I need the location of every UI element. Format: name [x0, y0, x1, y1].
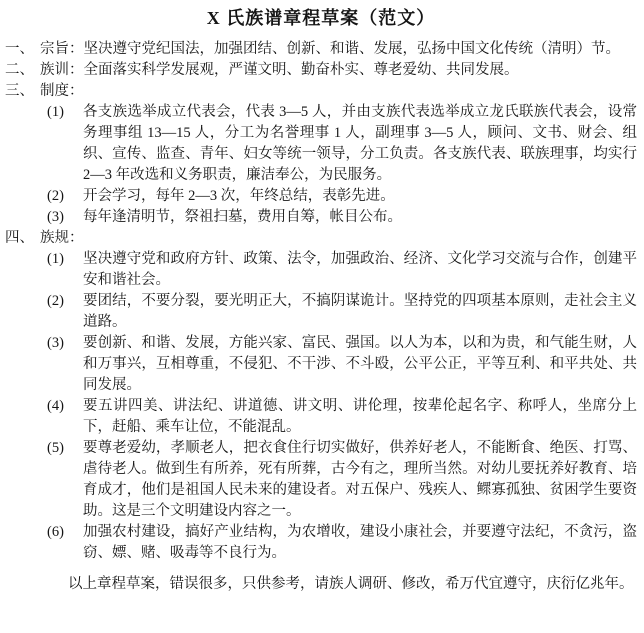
sub-item-text: 开会学习，每年 2—3 次，年终总结，表彰先进。: [83, 186, 637, 207]
system-item-3: (3) 每年逢清明节，祭祖扫墓，费用自筹，帐目公布。: [5, 207, 637, 228]
section-system-header: 三、 制度：: [5, 81, 637, 102]
sub-item-number: (3): [47, 333, 83, 354]
section-purpose: 一、 宗旨：坚决遵守党纪国法，加强团结、创新、和谐、发展，弘扬中国文化传统（清明…: [5, 39, 637, 60]
sub-item-number: (3): [47, 207, 83, 228]
sub-item-text: 加强农村建设，搞好产业结构，为农增收，建设小康社会，并要遵守法纪，不贪污，盗窃、…: [83, 522, 637, 564]
rules-item-1: (1) 坚决遵守党和政府方针、政策、法令，加强政治、经济、文化学习交流与合作，创…: [5, 249, 637, 291]
sub-item-text: 各支族选举成立代表会，代表 3—5 人，并由支族代表选举成立龙氏联族代表会，设常…: [83, 102, 637, 186]
sub-item-number: (6): [47, 522, 83, 543]
rules-item-6: (6) 加强农村建设，搞好产业结构，为农增收，建设小康社会，并要遵守法纪，不贪污…: [5, 522, 637, 564]
rules-item-4: (4) 要五讲四美、讲法纪、讲道德、讲文明、讲伦理，按辈伦起名字、称呼人，坐席分…: [5, 396, 637, 438]
rules-item-5: (5) 要尊老爱幼，孝顺老人，把衣食住行切实做好，供养好老人，不能断食、绝医、打…: [5, 438, 637, 522]
sub-item-text: 要五讲四美、讲法纪、讲道德、讲文明、讲伦理，按辈伦起名字、称呼人，坐席分上下，赶…: [83, 396, 637, 438]
section-number: 一、: [5, 39, 40, 60]
sub-item-text: 要创新、和谐、发展，方能兴家、富民、强国。以人为本，以和为贵，和气能生财，人和万…: [83, 333, 637, 396]
genealogy-charter-document: X 氏族谱章程草案（范文） 一、 宗旨：坚决遵守党纪国法，加强团结、创新、和谐、…: [0, 0, 644, 633]
section-text: 宗旨：坚决遵守党纪国法，加强团结、创新、和谐、发展，弘扬中国文化传统（清明）节。: [40, 39, 637, 60]
rules-item-3: (3) 要创新、和谐、发展，方能兴家、富民、强国。以人为本，以和为贵，和气能生财…: [5, 333, 637, 396]
system-item-1: (1) 各支族选举成立代表会，代表 3—5 人，并由支族代表选举成立龙氏联族代表…: [5, 102, 637, 186]
sub-item-text: 要尊老爱幼，孝顺老人，把衣食住行切实做好，供养好老人，不能断食、绝医、打骂、虐待…: [83, 438, 637, 522]
sub-item-number: (2): [47, 291, 83, 312]
section-number: 二、: [5, 60, 40, 81]
sub-item-number: (1): [47, 249, 83, 270]
section-text: 制度：: [40, 81, 637, 102]
system-item-2: (2) 开会学习，每年 2—3 次，年终总结，表彰先进。: [5, 186, 637, 207]
sub-item-number: (5): [47, 438, 83, 459]
sub-item-text: 要团结，不要分裂，要光明正大，不搞阴谋诡计。坚持党的四项基本原则，走社会主义道路…: [83, 291, 637, 333]
section-motto: 二、 族训：全面落实科学发展观，严谨文明、勤奋朴实、尊老爱幼、共同发展。: [5, 60, 637, 81]
sub-item-number: (4): [47, 396, 83, 417]
sub-item-number: (1): [47, 102, 83, 123]
section-text: 族训：全面落实科学发展观，严谨文明、勤奋朴实、尊老爱幼、共同发展。: [40, 60, 637, 81]
rules-item-2: (2) 要团结，不要分裂，要光明正大，不搞阴谋诡计。坚持党的四项基本原则，走社会…: [5, 291, 637, 333]
section-number: 三、: [5, 81, 40, 102]
sub-item-text: 坚决遵守党和政府方针、政策、法令，加强政治、经济、文化学习交流与合作，创建平安和…: [83, 249, 637, 291]
closing-remark: 以上章程草案，错误很多，只供参考，请族人调研、修改，希万代宜遵守，庆衍亿兆年。: [68, 574, 637, 595]
document-title: X 氏族谱章程草案（范文）: [5, 6, 637, 30]
section-rules-header: 四、 族规：: [5, 228, 637, 249]
section-number: 四、: [5, 228, 40, 249]
section-text: 族规：: [40, 228, 637, 249]
sub-item-text: 每年逢清明节，祭祖扫墓，费用自筹，帐目公布。: [83, 207, 637, 228]
sub-item-number: (2): [47, 186, 83, 207]
